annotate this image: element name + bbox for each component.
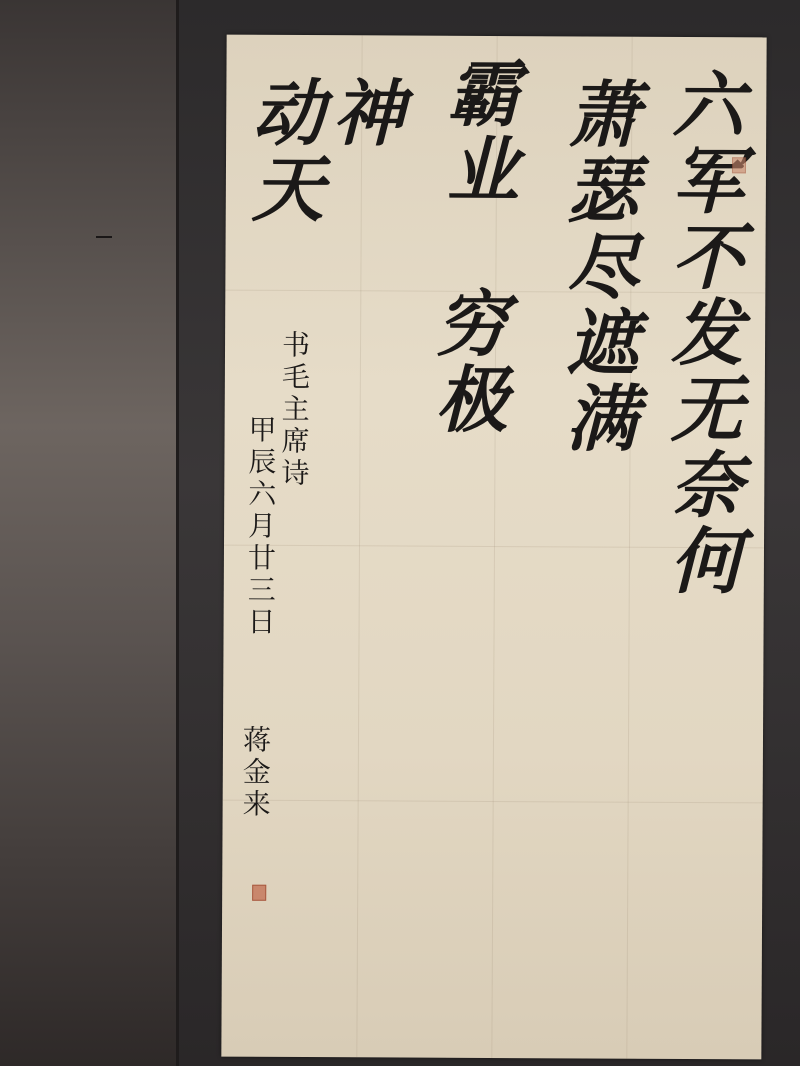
wall-left xyxy=(0,0,178,1066)
signature: 蒋金来 xyxy=(241,725,270,821)
calligraphy-scroll: 六军不发无奈何 萧瑟尽遮满 霸业 穷极 神 动天 书毛主席诗 甲辰六月廿三日 蒋… xyxy=(221,35,766,1060)
leading-seal-stamp xyxy=(732,157,746,173)
wall-nail xyxy=(96,236,112,238)
calligraphy-column-6: 动天 xyxy=(246,75,319,227)
calligraphy-column-1: 六军不发无奈何 xyxy=(664,67,739,599)
calligraphy-column-4: 穷极 xyxy=(430,286,503,438)
calligraphy-column-5: 神 xyxy=(326,75,398,151)
calligraphy-column-3: 霸业 xyxy=(441,56,514,208)
inscription-line-1: 书毛主席诗 xyxy=(279,330,308,490)
red-seal-stamp xyxy=(252,885,266,901)
inscription-line-2: 甲辰六月廿三日 xyxy=(246,415,275,639)
calligraphy-column-2: 萧瑟尽遮满 xyxy=(559,76,633,456)
panel-seam xyxy=(176,0,179,1066)
